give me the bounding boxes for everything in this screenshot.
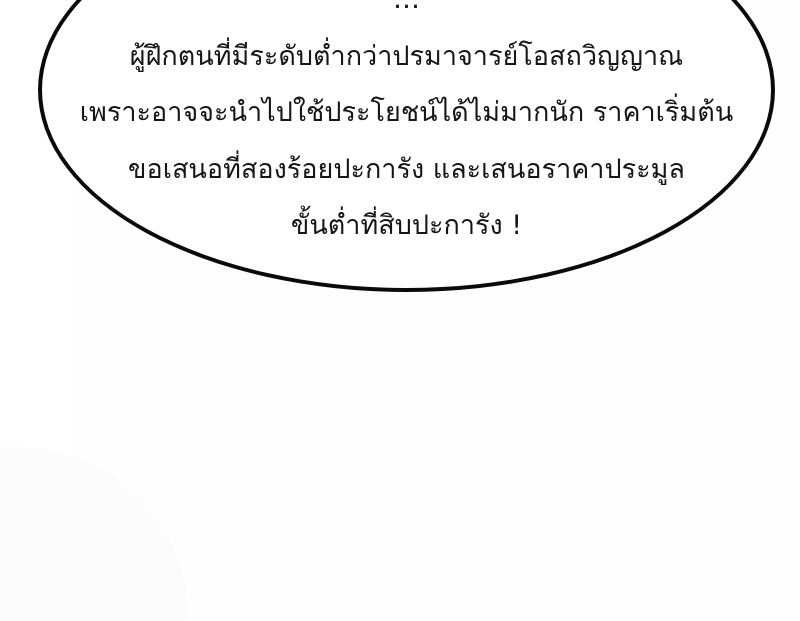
comic-panel: … ผู้ฝึกตนที่มีระดับต่ำกว่าปรมาจารย์โอสถ… [0, 0, 800, 621]
speech-line: เพราะอาจจะนำไปใช้ประโยชน์ได้ไม่มากนัก รา… [38, 85, 775, 142]
speech-line: ผู้ฝึกตนที่มีระดับต่ำกว่าปรมาจารย์โอสถวิ… [38, 29, 775, 86]
speech-bubble-text: … ผู้ฝึกตนที่มีระดับต่ำกว่าปรมาจารย์โอสถ… [38, 0, 775, 255]
speech-line-clipped: … [38, 0, 775, 29]
speech-line: ขั้นต่ำที่สิบปะการัง ! [38, 198, 775, 255]
speech-line: ขอเสนอที่สองร้อยปะการัง และเสนอราคาประมู… [38, 142, 775, 199]
